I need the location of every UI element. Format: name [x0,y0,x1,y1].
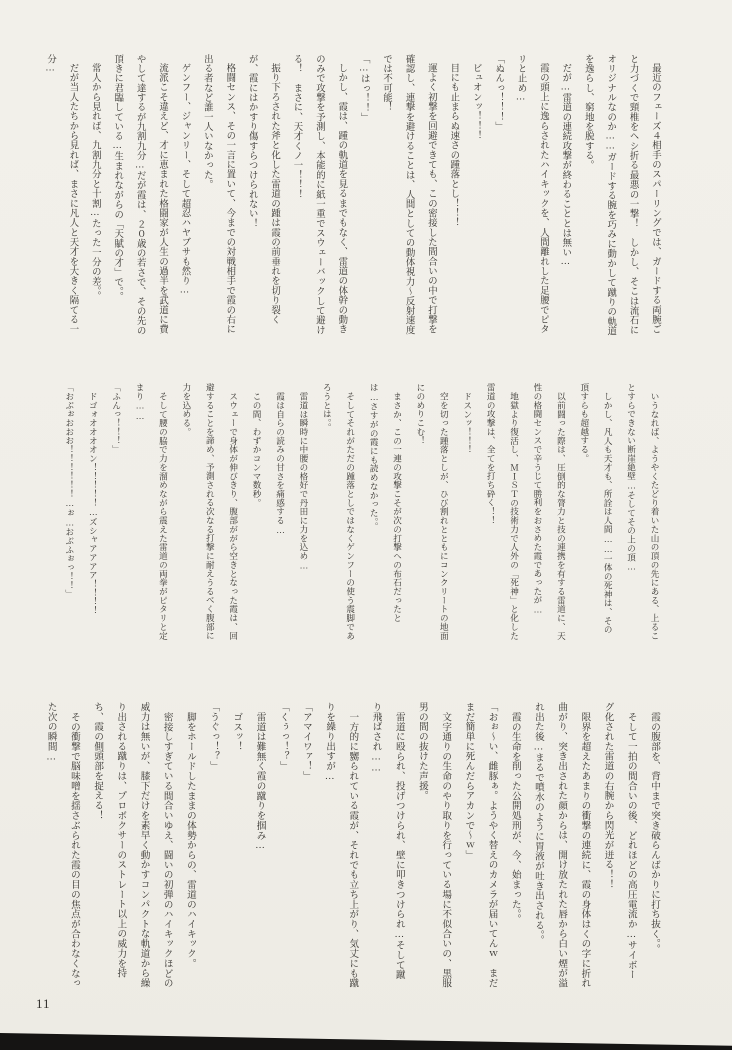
paragraph: まさか、この一連の攻撃こそが次の打撃への布石だったとは…さすがの霞にも読めなかっ… [362,383,409,641]
paragraph: そして一拍の間合いの後、どれほどの高圧電流か…サイボーグ化された雷道の右腕から閃… [596,702,642,989]
paragraph: 霞の頭上に逸らされたハイキックを、人間離れした足腰でピタリと止め… [509,54,554,336]
paragraph: その衝撃で脳味噌を揺さぶられた霞の目の焦点が合わなくなった次の瞬間… [40,702,86,989]
paragraph: 「くぅっ！？」 [272,702,295,989]
paragraph: 最近のフェーズ４相手のスパーリングでは、ガードする両腕ごと力づくで頸椎をヘシ折る… [576,54,666,336]
paragraph: そしてそれがただの踵落としではなくゲンフーの使う震脚であろうとは。。 [315,383,362,641]
text-block-bottom: 霞の腹部を、背中まで突き破らんばかりに打ち抜く。。そして一拍の間合いの後、どれほ… [40,702,666,989]
paragraph: 霞の腹部を、背中まで突き破らんばかりに打ち抜く。。 [643,702,666,989]
paragraph: ゴスッ！ [225,702,248,989]
paragraph: 「ふんっ！！！」 [104,383,127,641]
paragraph: 限界を超えたあまりの衝撃の連続に、霞の身体はくの字に折れ曲がり、突き出された顔か… [527,702,597,989]
paragraph: 目にも止まらぬ速さの踵落とし！！！ [442,54,464,336]
paragraph: 雷道は瞬時に中腰の格好で丹田に力を込め… [292,383,315,641]
paragraph: 「…はっ！！」 [352,54,374,336]
paragraph: 振り下ろされた斧と化した雷道の踵は霞の前垂れを切り裂くが、霞にはかすり傷すらつけ… [240,54,285,336]
paragraph: 雷道は難無く霞の蹴りを掴み… [248,702,271,989]
paragraph: スウェーで身体が伸びきり、腹部ががら空きとなった霞は、回避することを諦め、予測さ… [174,383,244,641]
paragraph: 以前闘った際は、圧倒的な膂力と技の連携を有する雷道に、天性の格闘センスで辛うじて… [526,383,573,641]
paragraph: 地獄より復活し、ＭＩＳＴの技術力で人外の「死神」と化した雷道の攻撃は、全てを打ち… [479,383,526,641]
paragraph: 「ぬんっ！！！」 [487,54,509,336]
paragraph: ゲンフー、ジャンリー、そして超忍ハヤブサも然り… [173,54,195,336]
paragraph: 「うぐっ！？」 [202,702,225,989]
paragraph: ビュオンッ！！！ [464,54,486,336]
paragraph: 脚をホールドしたままの体勢からの、雷道のハイキック。 [179,702,202,989]
paragraph: 密接しすぎている間合いゆえ、闘いの初弾のハイキックほどの威力は無いが、膝下だけを… [86,702,179,989]
paragraph: この間、わずかコンマ数秒。 [245,383,268,641]
paragraph: 運よく初撃を回避できても、この密接した間合いの中で打撃を確認し、連撃を避けること… [375,54,442,336]
paragraph: 「アマイワァ！」 [295,702,318,989]
paragraph: だが当人たちから見れば、まさに凡人と天才を大きく隔てる一分… [39,54,84,336]
paragraph: ドスンッ！！！ [455,383,478,641]
text-block-top: 最近のフェーズ４相手のスパーリングでは、ガードする両腕ごと力づくで頸椎をヘシ折る… [39,54,666,336]
paragraph: 流派こそ違えど、才に恵まれた格闘家が人生の過半を武道に費やして達するが九割九分…… [106,54,173,336]
paragraph: ドゴォオオオオン！！！！！…ズシャアアアア！！！！ [81,383,104,641]
paragraph: 一方的に嬲られている霞が、それでも立ち上がり、気丈にも蹴りを繰り出すが… [318,702,364,989]
paragraph: 「おぶぉおおお！！！！！！…ぉ…おぶふぉっ！！」 [57,383,80,641]
paragraph: 文字通りの生命のやり取りを行っている場に不似合いの、黒服男の間の抜けた声援。 [411,702,457,989]
paragraph: そして腰の脇で力を溜めながら震えた雷道の両拳がピタリと定まり…… [128,383,175,641]
paragraph: 格闘センス、その一言に置いて、今までの対戦相手で霞の右に出る者など誰一人いなかっ… [195,54,240,336]
paragraph: しかし、霞は、踵の軌道を見るまでもなく、雷道の体幹の動きのみで攻撃を予測し、本能… [285,54,352,336]
paragraph: 常人から見れば、九割九分と十割…たった一分の差。。 [83,54,105,336]
scanned-novel-page: 最近のフェーズ４相手のスパーリングでは、ガードする両腕ごと力づくで頸椎をヘシ折る… [0,0,732,1050]
paragraph: 霞は自らの読みの甘さを痛感する… [268,383,291,641]
text-block-middle: いうなれば、ようやくたどり着いた山の頂の先にある、上ることすらできない断崖絶壁…… [57,383,666,641]
paragraph: しかし、凡人も天才も、所詮は人間……一体の死神は、その頂すらも超越する。 [572,383,619,641]
paragraph: 雷道に殴られ、投げつけられ、壁に叩きつけられ…そして蹴り飛ばされ…… [364,702,410,989]
paragraph: 「おぉ～い、雌豚ぁ。ようやく替えのカメラが届いてんｗ まだまだ簡単に死んだらアカ… [457,702,503,989]
paragraph: だが…雷道の連続攻撃が終わることとは無い… [554,54,576,336]
paragraph: 霞の生命を削った公開処刑が、今、始まった。。 [504,702,527,989]
page-number: 11 [36,996,51,1012]
paragraph: 空を切った踵落としが、ひび割れとともにコンクリートの地面にのめりこむ！ [409,383,456,641]
scan-edge-shadow [0,1033,732,1050]
paragraph: いうなれば、ようやくたどり着いた山の頂の先にある、上ることすらできない断崖絶壁…… [619,383,666,641]
